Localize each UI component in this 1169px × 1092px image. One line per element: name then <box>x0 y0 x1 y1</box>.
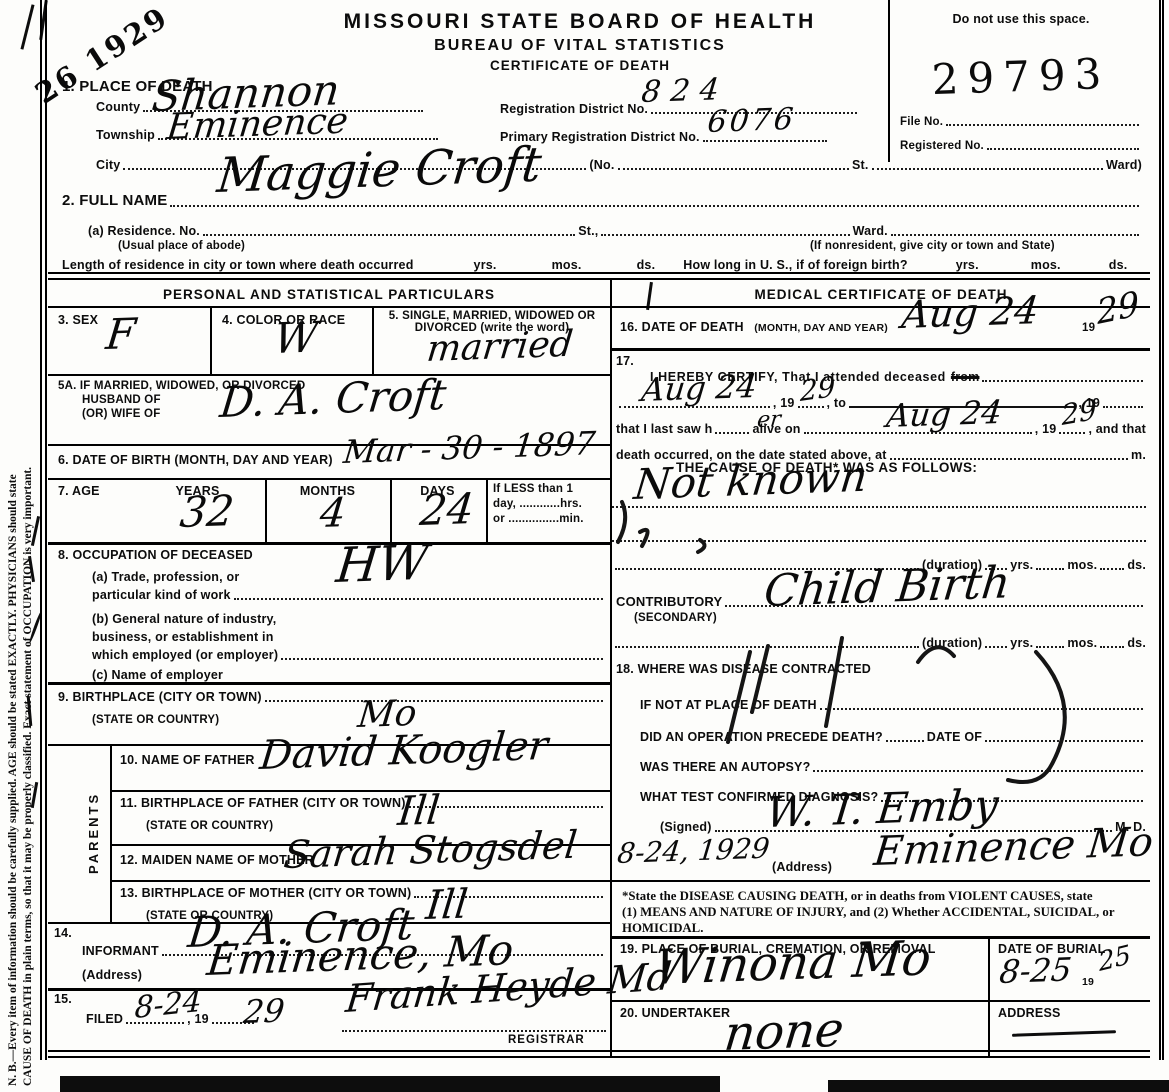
certificate-title: CERTIFICATE OF DEATH <box>300 58 860 73</box>
spouse-label-line2: HUSBAND OF <box>82 394 161 406</box>
margin-note-line1: N. B.—Every item of information should b… <box>6 8 21 1086</box>
cause-footnote: *State the DISEASE CAUSING DEATH, or in … <box>622 888 1146 936</box>
nonresident-label: (If nonresident, give city or town and S… <box>810 240 1055 252</box>
county-label: County <box>96 100 140 114</box>
parents-cell-divider <box>110 744 112 922</box>
dotted-leader <box>234 596 603 600</box>
filed-date-handwritten: 8-24 <box>134 987 202 1024</box>
date-of-death-label: 16. DATE OF DEATH <box>620 320 744 334</box>
dotted-leader <box>601 232 849 236</box>
scan-artifact-bar <box>60 1076 720 1092</box>
township-value-handwritten: Eminence <box>165 104 350 146</box>
mother-birthplace-label: 13. BIRTHPLACE OF MOTHER (CITY OR TOWN) <box>120 886 411 900</box>
death-certificate-scan: N. B.—Every item of information should b… <box>0 0 1169 1092</box>
certificate-number: 29793 <box>889 47 1153 105</box>
rule <box>110 880 610 882</box>
father-name-value-handwritten: David Koogler <box>258 726 550 776</box>
lastsaw-year-handwritten: 29 <box>1061 396 1097 430</box>
undertaker-address-label: ADDRESS <box>998 1006 1061 1020</box>
dotted-leader <box>342 1028 606 1032</box>
personal-particulars-title: PERSONAL AND STATISTICAL PARTICULARS <box>48 287 610 302</box>
her-handwritten: er <box>756 409 782 432</box>
burial-year-handwritten: 25 <box>1097 942 1132 976</box>
occupation-b-line3: which employed (or employer) <box>92 648 278 662</box>
city-label: City <box>96 158 120 172</box>
howlong-label: How long in U. S., if of foreign birth? <box>683 258 907 272</box>
occupation-a-line2: particular kind of work <box>92 588 231 602</box>
mother-birthplace-value-handwritten: Ill <box>424 884 470 926</box>
filed-label: FILED <box>86 1012 123 1026</box>
signed-label: (Signed) <box>660 820 712 834</box>
nineteen-label: , 19 <box>1035 422 1057 436</box>
cell-divider <box>210 306 212 374</box>
dotted-leader <box>618 166 849 170</box>
spouse-label-line3: (OR) WIFE OF <box>82 408 160 420</box>
reserved-box-label: Do not use this space. <box>890 12 1152 26</box>
burial-19-label: 19 <box>1082 976 1094 988</box>
occupation-b-line1: (b) General nature of industry, <box>92 612 276 626</box>
dotted-leader <box>1103 404 1143 408</box>
dotted-leader <box>891 232 1139 236</box>
city-no-label: (No. <box>589 158 614 172</box>
informant-number: 14. <box>54 926 72 940</box>
lastsaw-line-part1: that I last saw h <box>616 422 712 436</box>
filed-year-handwritten: 29 <box>242 994 286 1028</box>
registration-district-label: Registration District No. <box>500 102 648 116</box>
medical-certificate-title: MEDICAL CERTIFICATE OF DEATH <box>612 287 1150 302</box>
rule <box>612 880 1150 882</box>
physician-address-label: (Address) <box>772 860 832 874</box>
date-of-birth-label: 6. DATE OF BIRTH (MONTH, DAY AND YEAR) <box>58 453 333 467</box>
dotted-leader <box>946 122 1139 126</box>
date-of-death-value-handwritten: Aug 24 <box>900 291 1041 334</box>
cell-divider <box>486 478 488 542</box>
margin-note-line2: CAUSE OF DEATH in plain terms, so that i… <box>21 8 36 1086</box>
sex-value-handwritten: F <box>104 313 138 356</box>
age-label: 7. AGE <box>58 484 100 498</box>
occupation-a-line1: (a) Trade, profession, or <box>92 570 239 584</box>
father-name-label: 10. NAME OF FATHER <box>120 753 255 767</box>
primary-registration-value-handwritten: 6076 <box>706 105 797 138</box>
date-of-death-19-label: 19 <box>1082 322 1095 334</box>
filed-number: 15. <box>54 992 72 1006</box>
cell-divider <box>390 478 392 542</box>
full-name-value-handwritten: Maggie Croft <box>215 140 544 200</box>
dotted-leader <box>170 203 1139 207</box>
undertaker-label: 20. UNDERTAKER <box>620 1006 730 1020</box>
physician-address-handwritten: Eminence Mo <box>872 822 1155 872</box>
certificate-bottom-rule <box>48 1050 1150 1058</box>
rule <box>48 306 610 308</box>
abode-label: (Usual place of abode) <box>118 240 245 252</box>
attended-year-handwritten: 29 <box>800 373 835 406</box>
age-months-value-handwritten: 4 <box>318 493 348 534</box>
rule <box>48 478 610 480</box>
registered-no-label: Registered No. <box>900 140 984 152</box>
date-of-death-sublabel: (MONTH, DAY AND YEAR) <box>754 322 888 334</box>
sex-label: 3. SEX <box>58 313 98 327</box>
father-birthplace-state-label: (STATE OR COUNTRY) <box>146 820 273 832</box>
cell-divider <box>372 306 374 374</box>
informant-label: INFORMANT <box>82 944 159 958</box>
spouse-value-handwritten: D. A. Croft <box>218 374 448 424</box>
dotted-leader <box>982 378 1143 382</box>
rule <box>110 790 610 792</box>
scan-artifact-bar <box>828 1080 1169 1092</box>
lastsaw-date-handwritten: Aug 24 <box>885 396 1003 432</box>
township-label: Township <box>96 128 155 142</box>
race-value-handwritten: W <box>272 316 320 360</box>
cell-divider <box>265 478 267 542</box>
yrs-label: yrs. <box>474 258 497 272</box>
place-of-burial-value-handwritten: Winona Mo <box>652 934 933 992</box>
burial-cell-divider <box>988 936 990 1058</box>
full-name-label: 2. FULL NAME <box>62 192 167 209</box>
informant-address-label: (Address) <box>82 968 142 982</box>
residence-label: (a) Residence. No. <box>88 224 200 238</box>
dotted-leader <box>872 166 1103 170</box>
date-of-burial-value-handwritten: 8-25 <box>998 953 1073 988</box>
age-days-value-handwritten: 24 <box>418 488 476 532</box>
dotted-leader <box>203 232 575 236</box>
residence-ward-label: Ward. <box>853 224 888 238</box>
bureau-title: BUREAU OF VITAL STATISTICS <box>300 37 860 55</box>
dotted-leader <box>987 146 1139 150</box>
occupation-value-handwritten: HW <box>334 539 430 590</box>
rule <box>48 682 610 685</box>
yrs-label: yrs. <box>956 258 979 272</box>
age-years-value-handwritten: 32 <box>178 490 236 534</box>
occupation-label: 8. OCCUPATION OF DECEASED <box>58 548 253 562</box>
date-of-birth-value-handwritten: Mar - 30 - 1897 <box>342 427 597 468</box>
dotted-leader <box>715 430 749 434</box>
father-birthplace-value-handwritten: Ill <box>396 790 442 832</box>
mos-label: mos. <box>1031 258 1061 272</box>
mos-label: mos. <box>552 258 582 272</box>
certify-number: 17. <box>616 354 634 368</box>
rule <box>48 542 610 545</box>
ds-label: ds. <box>1109 258 1128 272</box>
m-label: m. <box>1131 448 1146 462</box>
date-of-death-year-handwritten: 29 <box>1096 287 1141 330</box>
reserved-box: Do not use this space. 29793 File No. Re… <box>888 0 1152 162</box>
file-no-label: File No. <box>900 116 943 128</box>
margin-note: N. B.—Every item of information should b… <box>6 8 36 1086</box>
mother-name-value-handwritten: Sarah Stogsdel <box>282 826 579 874</box>
certify-from-struck: from <box>951 370 980 384</box>
registrar-label: REGISTRAR <box>508 1034 585 1046</box>
signed-date-handwritten: 8-24, 1929 <box>616 835 771 868</box>
city-st-label: St. <box>852 158 869 172</box>
length-residence-label: Length of residence in city or town wher… <box>62 258 414 272</box>
marital-value-handwritten: married <box>425 327 575 368</box>
dotted-leader <box>281 656 603 660</box>
city-ward-label: Ward) <box>1106 158 1142 172</box>
ds-label: ds. <box>637 258 656 272</box>
birthplace-state-label: (STATE OR COUNTRY) <box>92 714 219 726</box>
father-birthplace-label: 11. BIRTHPLACE OF FATHER (CITY OR TOWN) <box>120 796 406 810</box>
section-divider-rule <box>48 272 1150 280</box>
occupation-b-line2: business, or establishment in <box>92 630 274 644</box>
rule <box>612 1000 1150 1002</box>
birthplace-label: 9. BIRTHPLACE (CITY OR TOWN) <box>58 690 262 704</box>
pen-scribbles <box>600 480 1160 800</box>
rule <box>612 306 1150 308</box>
parents-group-label: PARENTS <box>86 792 101 874</box>
rule <box>612 348 1150 351</box>
age-less-than-label: If LESS than 1 day, ............hrs. or … <box>493 482 608 527</box>
occupation-c-label: (c) Name of employer <box>92 668 223 682</box>
dotted-leader <box>265 698 603 702</box>
registration-district-value-handwritten: 824 <box>640 75 730 108</box>
attended-from-handwritten: Aug 24 <box>640 370 758 406</box>
residence-st-label: St., <box>578 224 598 238</box>
org-title: MISSOURI STATE BOARD OF HEALTH <box>300 10 860 34</box>
